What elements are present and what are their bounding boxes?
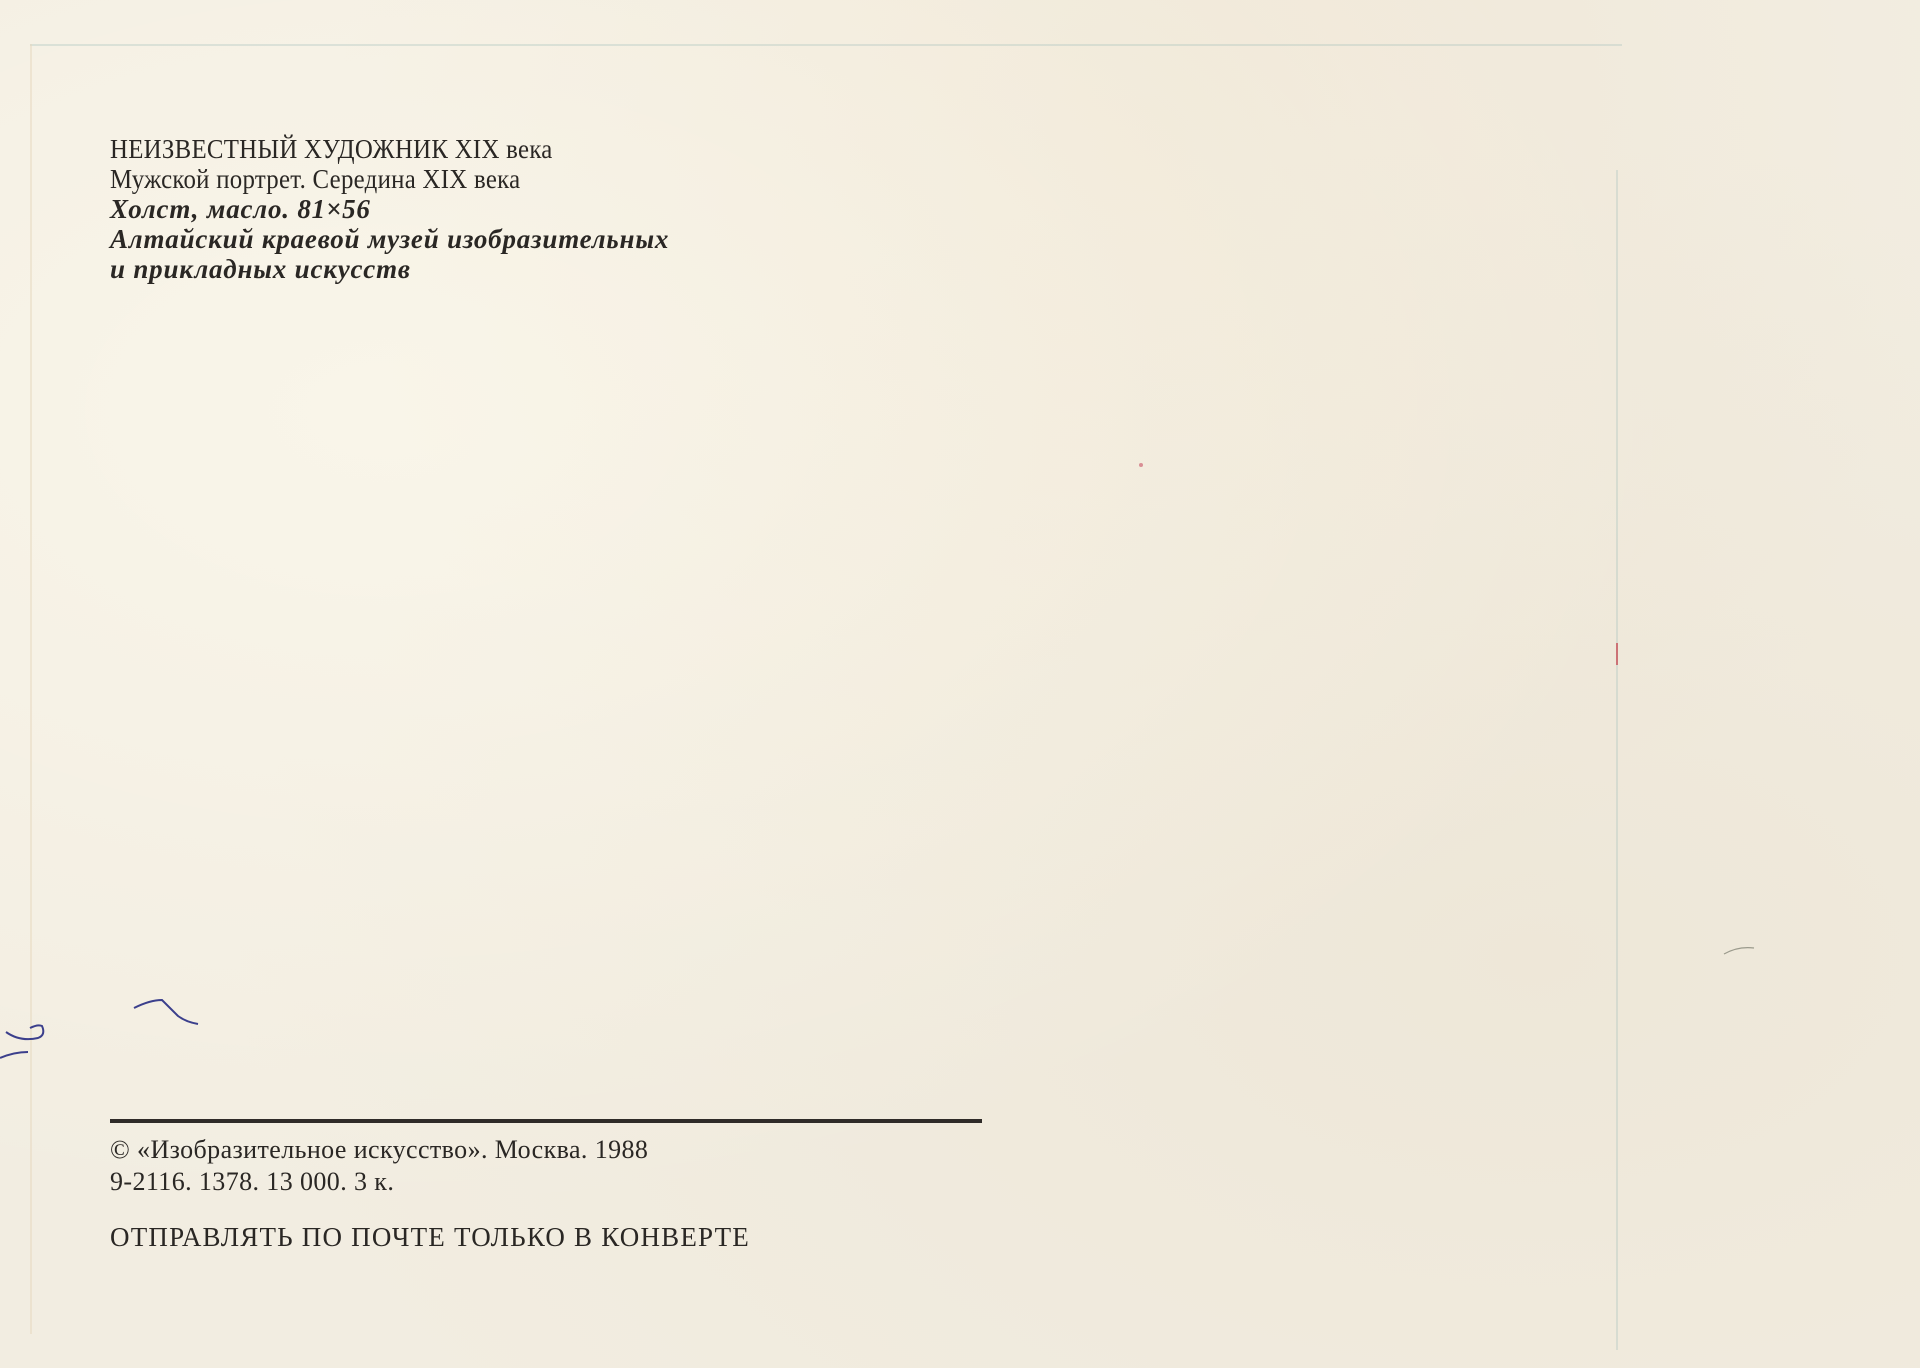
publisher-copyright: © «Изобразительное искусство». Москва. 1… <box>110 1134 648 1166</box>
museum-name-line1: Алтайский краевой музей изобразительных <box>110 224 669 254</box>
artist-name: НЕИЗВЕСТНЫЙ ХУДОЖНИК XIX века <box>110 134 553 164</box>
red-speck <box>1139 463 1143 467</box>
pencil-mark <box>1720 940 1760 960</box>
mailing-notice: ОТПРАВЛЯТЬ ПО ПОЧТЕ ТОЛЬКО В КОНВЕРТЕ <box>110 1222 750 1253</box>
print-codes: 9-2116. 1378. 13 000. 3 к. <box>110 1166 648 1198</box>
museum-name-line2: и прикладных искусств <box>110 254 669 284</box>
publisher-imprint: © «Изобразительное искусство». Москва. 1… <box>110 1134 648 1198</box>
artwork-caption: НЕИЗВЕСТНЫЙ ХУДОЖНИК XIX века Мужской по… <box>110 134 669 284</box>
frame-line-right <box>1616 170 1618 1350</box>
frame-line-top <box>30 44 1622 46</box>
frame-line-left <box>30 44 32 1334</box>
divider-rule <box>110 1119 982 1123</box>
artwork-medium: Холст, масло. 81×56 <box>110 194 669 224</box>
red-mark <box>1616 643 1618 665</box>
pen-scribble-marks <box>0 980 220 1080</box>
artwork-title: Мужской портрет. Середина XIX века <box>110 164 520 194</box>
